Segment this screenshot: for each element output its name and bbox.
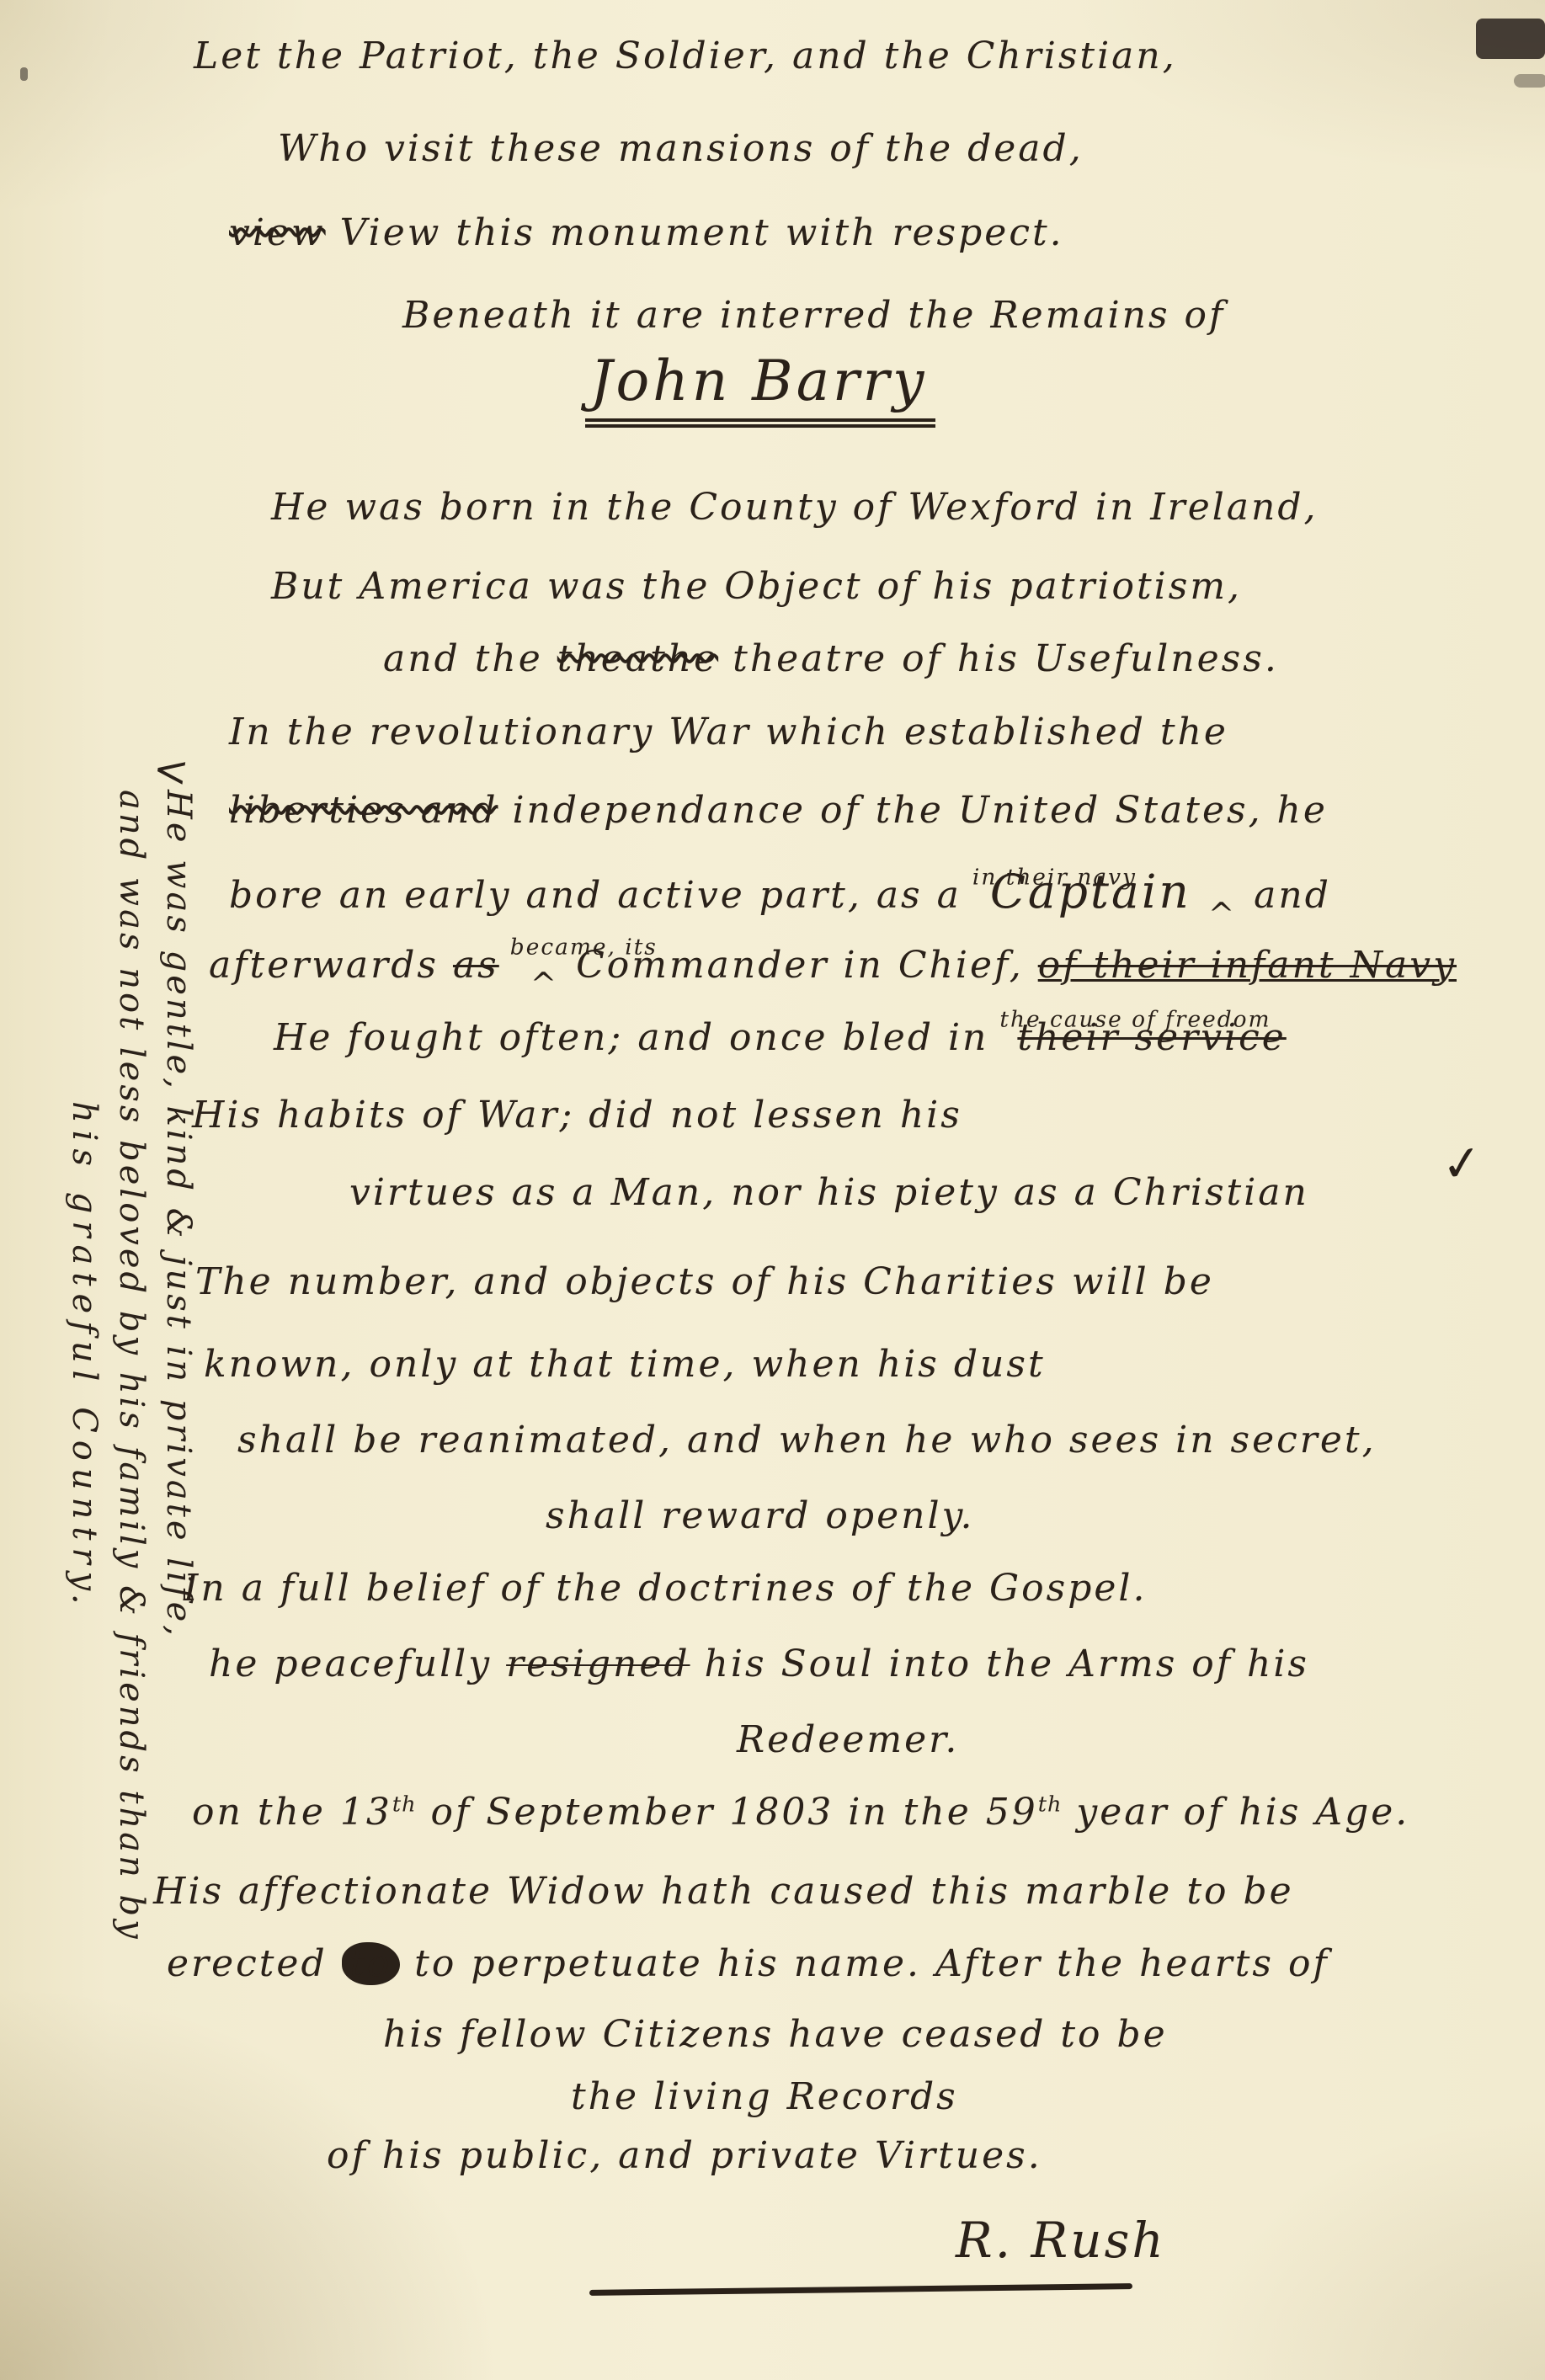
margin-note-line: his grateful Country.: [61, 790, 108, 2204]
signature-underline: [589, 2283, 1132, 2296]
manuscript-page: Let the Patriot, the Soldier, and the Ch…: [0, 0, 1545, 2380]
manuscript-line: liberties and independance of the United…: [229, 790, 1328, 833]
name-title: John Barry: [585, 349, 935, 413]
struck-words: of their infant Navy: [1038, 944, 1457, 987]
line-text: theatre of his Usefulness.: [733, 637, 1279, 680]
line-text: afterwards: [209, 944, 439, 987]
line-text: View this monument with respect.: [340, 211, 1064, 254]
manuscript-line: he peacefully resigned his Soul into the…: [209, 1643, 1309, 1686]
manuscript-line: He fought often; and once bled in the ca…: [274, 1017, 1287, 1060]
manuscript-line: erected to to perpetuate his name. After…: [167, 1943, 1329, 1986]
check-mark: ✓: [1439, 1133, 1485, 1195]
line-text: his Soul into the Arms of his: [705, 1643, 1309, 1685]
manuscript-line: His affectionate Widow hath caused this …: [153, 1871, 1294, 1914]
line-text: and: [1254, 874, 1331, 917]
manuscript-line: His habits of War; did not lessen his: [192, 1094, 962, 1137]
manuscript-line: afterwards as became, its ^ Commander in…: [209, 945, 1457, 988]
line-text: independance of the United States, he: [512, 789, 1327, 832]
manuscript-line: Who visit these mansions of the dead,: [278, 128, 1084, 171]
manuscript-line: shall reward openly.: [546, 1495, 975, 1538]
manuscript-line: Beneath it are interred the Remains of: [402, 295, 1225, 338]
name-title-text: John Barry: [585, 349, 935, 428]
manuscript-line: shall be reanimated, and when he who see…: [237, 1419, 1377, 1462]
line-text: to perpetuate his name. After the hearts…: [414, 1942, 1329, 1985]
manuscript-line: In the revolutionary War which establish…: [229, 711, 1228, 754]
manuscript-line: and the theathe theatre of his Usefulnes…: [383, 638, 1279, 681]
line-text: and the: [383, 637, 543, 680]
manuscript-line: Redeemer.: [737, 1719, 959, 1762]
insert-mark: <: [150, 743, 192, 796]
manuscript-line: known, only at that time, when his dust: [204, 1344, 1046, 1387]
margin-note-line: He was gentle, kind & just in private li…: [155, 790, 202, 2204]
caret-mark: ^: [530, 966, 559, 1003]
line-text: year of his Age.: [1076, 1791, 1409, 1834]
manuscript-line: his fellow Citizens have ceased to be: [383, 2014, 1168, 2057]
line-text: He fought often; and once bled in: [274, 1016, 988, 1059]
ink-smudge: [20, 67, 28, 81]
manuscript-line: Let the Patriot, the Soldier, and the Ch…: [194, 35, 1177, 78]
blotted-word: to: [342, 1942, 401, 1985]
ordinal-suffix: th: [392, 1792, 417, 1817]
struck-words: liberties and: [229, 789, 498, 832]
ink-smudge: [1514, 74, 1545, 88]
manuscript-line: But America was the Object of his patrio…: [271, 566, 1242, 609]
manuscript-line: bore an early and active part, as a in t…: [229, 865, 1331, 918]
line-text: he peacefully: [209, 1643, 492, 1685]
caret-mark: ^: [1208, 897, 1237, 933]
line-text: on the 13: [192, 1791, 392, 1834]
line-text: bore an early and active part, as a: [229, 874, 962, 917]
struck-word: as: [453, 944, 499, 987]
manuscript-line: In a full belief of the doctrines of the…: [184, 1568, 1147, 1611]
line-text: of September 1803 in the 59: [431, 1791, 1038, 1834]
manuscript-line: He was born in the County of Wexford in …: [271, 487, 1319, 530]
ink-smudge: [1476, 19, 1545, 59]
margin-note-line: and was not less beloved by his family &…: [108, 790, 155, 2204]
manuscript-line: of his public, and private Virtues.: [327, 2135, 1042, 2178]
manuscript-line: view View this monument with respect.: [229, 212, 1064, 255]
struck-word: resigned: [506, 1643, 690, 1685]
struck-word: view: [229, 211, 326, 254]
manuscript-line: on the 13th of September 1803 in the 59t…: [192, 1792, 1409, 1834]
margin-note: He was gentle, kind & just in private li…: [61, 790, 202, 2204]
signature: R. Rush: [956, 2212, 1166, 2269]
ordinal-suffix: th: [1038, 1792, 1063, 1817]
manuscript-line: The number, and objects of his Charities…: [195, 1261, 1214, 1304]
manuscript-line: the living Records: [571, 2076, 958, 2119]
struck-word: theathe: [557, 637, 718, 680]
manuscript-line: virtues as a Man, nor his piety as a Chr…: [349, 1172, 1309, 1215]
